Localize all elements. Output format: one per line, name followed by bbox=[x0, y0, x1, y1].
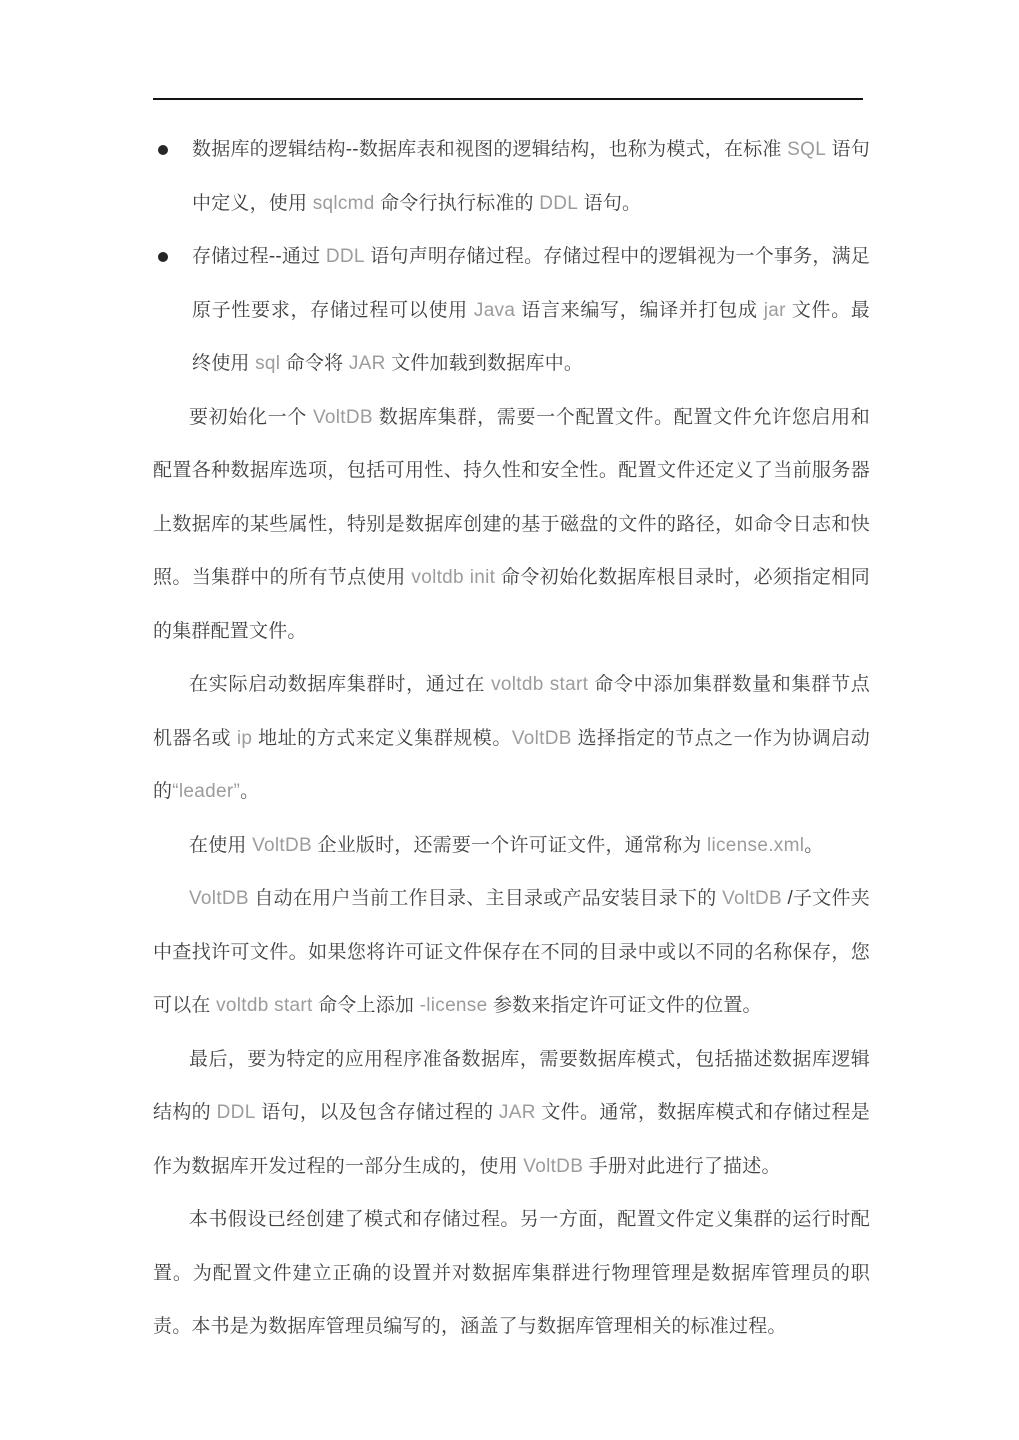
document-page: 数据库的逻辑结构--数据库表和视图的逻辑结构，也称为模式，在标准 SQL 语句中… bbox=[0, 0, 1019, 1440]
bullet-icon bbox=[158, 145, 168, 155]
text-segment: VoltDB bbox=[722, 888, 782, 909]
text-segment: DDL bbox=[539, 193, 578, 214]
text-segment: ip bbox=[237, 728, 252, 749]
paragraph: 在使用 VoltDB 企业版时，还需要一个许可证文件，通常称为 license.… bbox=[153, 819, 870, 873]
text-segment: jar bbox=[764, 300, 786, 321]
bullet-icon bbox=[158, 252, 168, 262]
text-segment: JAR bbox=[349, 353, 386, 374]
text-segment: 数据库的逻辑结构--数据库表和视图的逻辑结构，也称为模式，在标准 bbox=[192, 139, 787, 160]
bullet-item: 存储过程--通过 DDL 语句声明存储过程。存储过程中的逻辑视为一个事务，满足原… bbox=[153, 230, 870, 391]
text-segment: 数据库集群，需要一个配置文件。配置文件允许您启用和配置各种数据库选项，包括可用性… bbox=[153, 407, 870, 589]
text-segment: VoltDB bbox=[189, 888, 249, 909]
text-segment: voltdb start bbox=[216, 995, 313, 1016]
text-segment: 在实际启动数据库集群时，通过在 bbox=[189, 674, 491, 695]
text-segment: 企业版时，还需要一个许可证文件，通常称为 bbox=[312, 835, 707, 856]
text-segment: VoltDB bbox=[252, 835, 312, 856]
paragraph: 本书假设已经创建了模式和存储过程。另一方面，配置文件定义集群的运行时配置。为配置… bbox=[153, 1193, 870, 1354]
header-rule bbox=[153, 98, 863, 100]
bullet-item: 数据库的逻辑结构--数据库表和视图的逻辑结构，也称为模式，在标准 SQL 语句中… bbox=[153, 123, 870, 230]
paragraph: VoltDB 自动在用户当前工作目录、主目录或产品安装目录下的 VoltDB /… bbox=[153, 872, 870, 1033]
text-segment: VoltDB bbox=[313, 407, 373, 428]
paragraph: 要初始化一个 VoltDB 数据库集群，需要一个配置文件。配置文件允许您启用和配… bbox=[153, 391, 870, 659]
text-segment: DDL bbox=[217, 1102, 256, 1123]
text-segment: sqlcmd bbox=[313, 193, 375, 214]
text-segment: 地址的方式来定义集群规模。 bbox=[252, 728, 512, 749]
text-segment: VoltDB bbox=[523, 1156, 583, 1177]
text-segment: 文件加载到数据库中。 bbox=[386, 353, 583, 374]
text-segment: voltdb start bbox=[491, 674, 588, 695]
text-segment: 在使用 bbox=[189, 835, 252, 856]
text-segment: DDL bbox=[326, 246, 365, 267]
text-segment: 命令行执行标准的 bbox=[375, 193, 540, 214]
text-segment: 存储过程--通过 bbox=[192, 246, 326, 267]
text-segment: 语句。 bbox=[578, 193, 641, 214]
text-segment: 语句，以及包含存储过程的 bbox=[256, 1102, 499, 1123]
text-segment: “leader” bbox=[172, 781, 240, 802]
text-segment: 命令将 bbox=[280, 353, 349, 374]
paragraph: 最后，要为特定的应用程序准备数据库，需要数据库模式，包括描述数据库逻辑结构的 D… bbox=[153, 1033, 870, 1194]
text-segment: 自动在用户当前工作目录、主目录或产品安装目录下的 bbox=[249, 888, 722, 909]
text-segment: 参数来指定许可证文件的位置。 bbox=[487, 995, 761, 1016]
paragraph: 在实际启动数据库集群时，通过在 voltdb start 命令中添加集群数量和集… bbox=[153, 658, 870, 819]
text-segment: VoltDB bbox=[512, 728, 572, 749]
document-body: 数据库的逻辑结构--数据库表和视图的逻辑结构，也称为模式，在标准 SQL 语句中… bbox=[153, 123, 870, 1354]
text-segment: 语言来编写，编译并打包成 bbox=[515, 300, 763, 321]
text-segment: 。 bbox=[240, 781, 259, 802]
text-segment: Java bbox=[474, 300, 515, 321]
text-segment: 要初始化一个 bbox=[189, 407, 313, 428]
text-segment: 命令上添加 bbox=[313, 995, 420, 1016]
text-segment: SQL bbox=[787, 139, 826, 160]
text-segment: 。 bbox=[804, 835, 823, 856]
text-segment: JAR bbox=[499, 1102, 536, 1123]
text-segment: license.xml bbox=[707, 835, 804, 856]
text-segment: 本书假设已经创建了模式和存储过程。另一方面，配置文件定义集群的运行时配置。为配置… bbox=[153, 1209, 870, 1337]
text-segment: 手册对此进行了描述。 bbox=[583, 1156, 780, 1177]
text-segment: sql bbox=[255, 353, 280, 374]
text-segment: -license bbox=[420, 995, 488, 1016]
text-segment: voltdb init bbox=[411, 567, 495, 588]
